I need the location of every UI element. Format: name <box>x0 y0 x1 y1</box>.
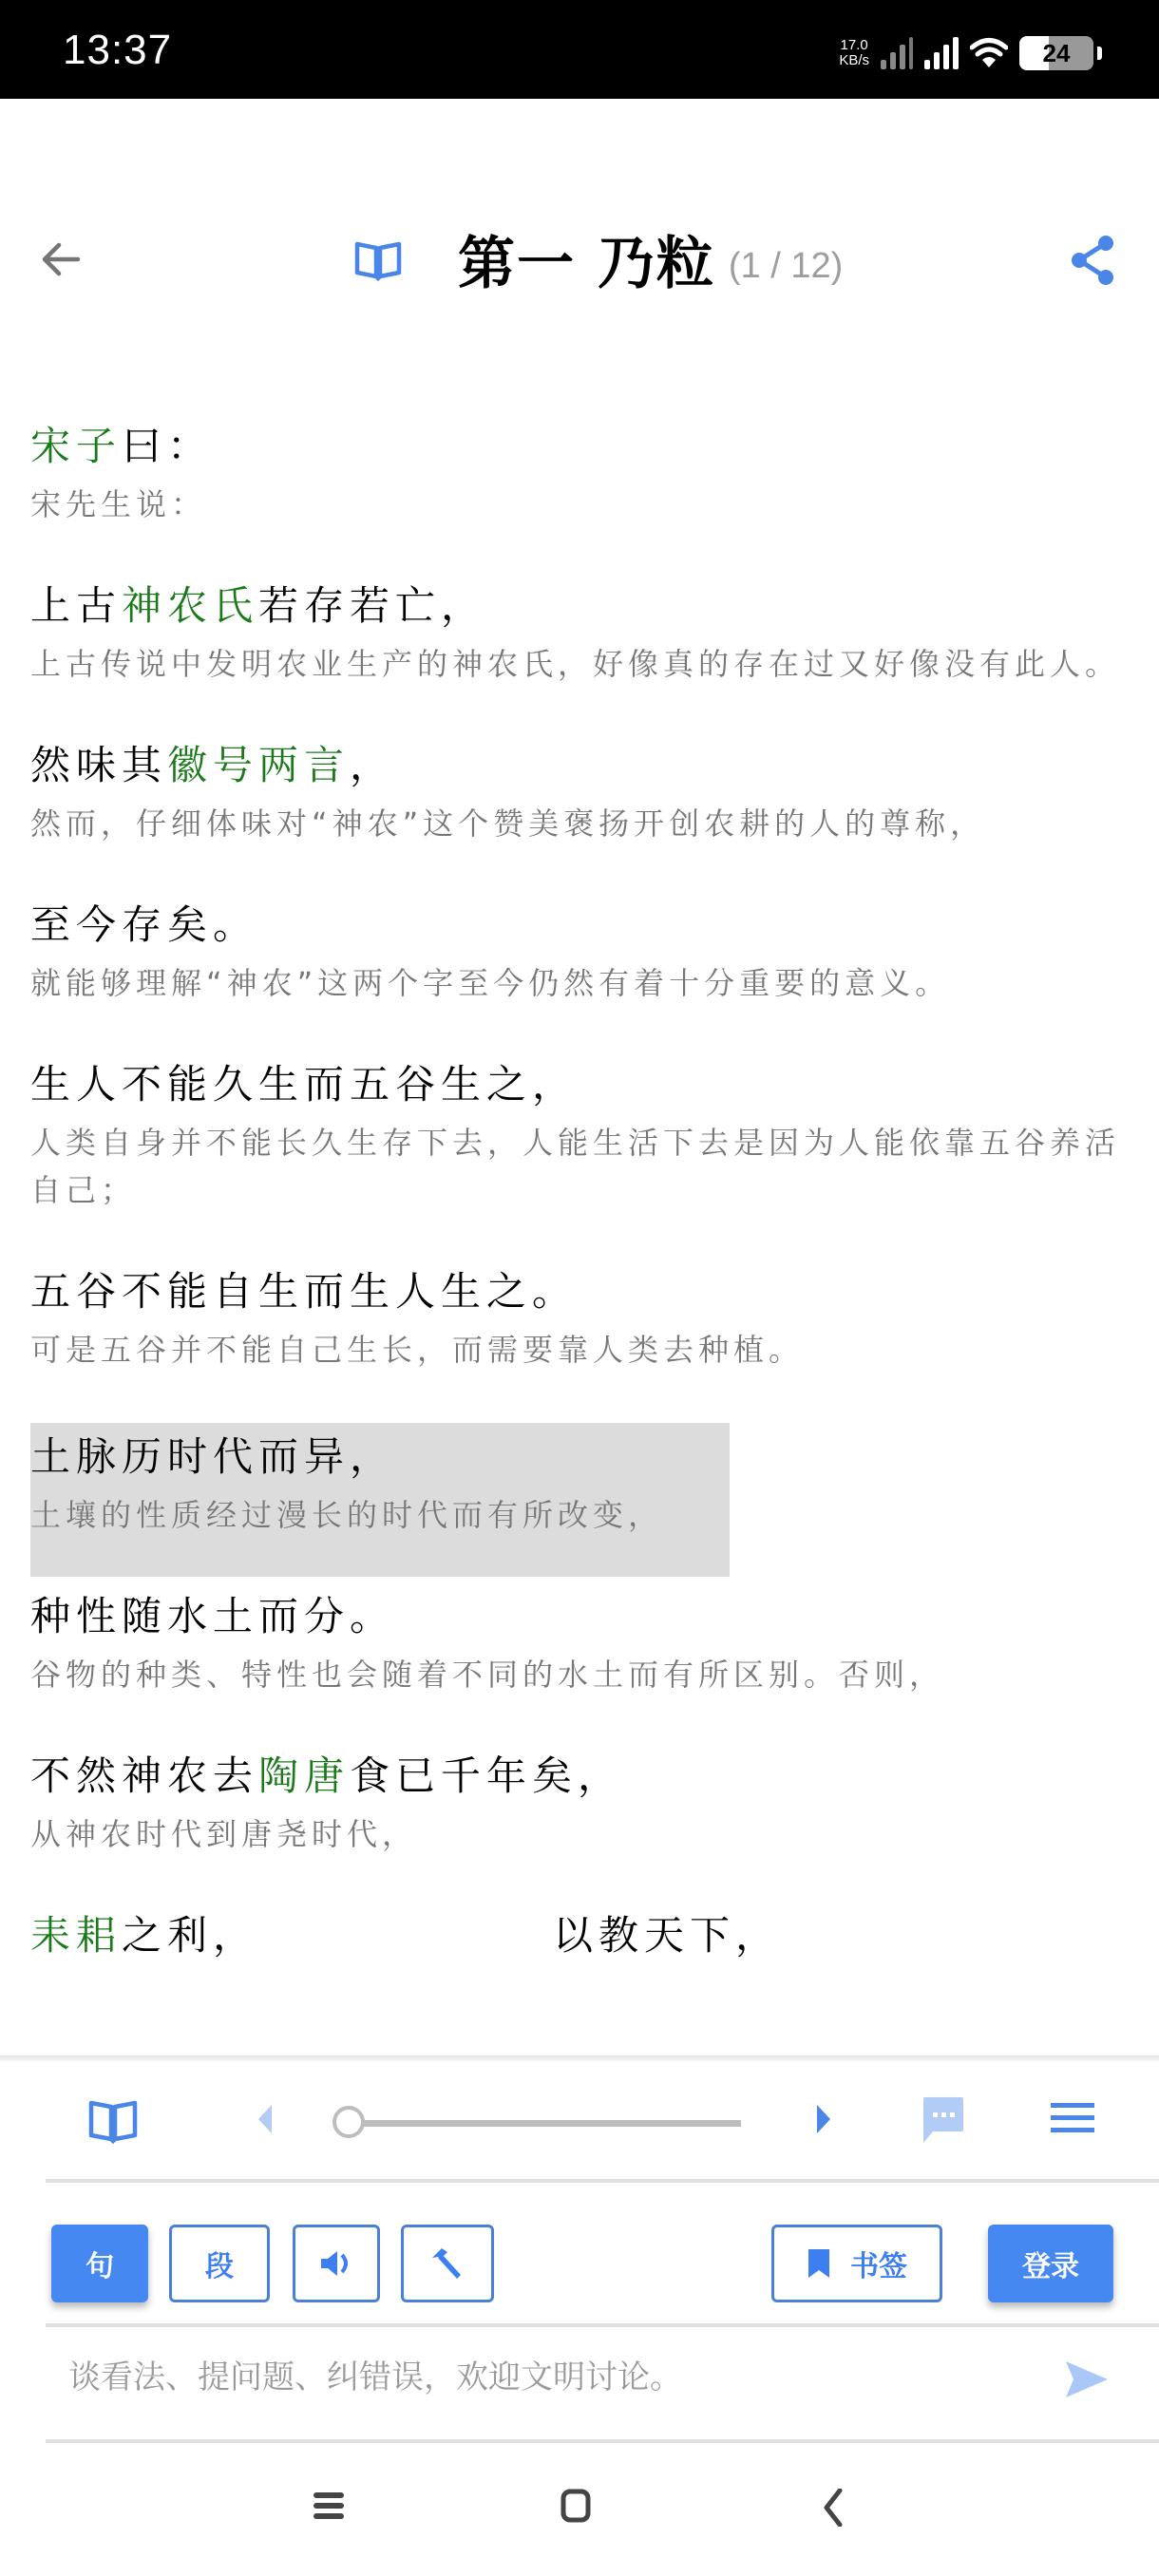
verse[interactable]: 然味其徽号两言， 然而，仔细体味对“神农”这个赞美褒扬开创农耕的人的尊称， <box>0 737 1159 847</box>
translation-text: 宋先生说： <box>30 481 1159 528</box>
original-text: 耒耜之利，以教天下， <box>30 1907 1159 1964</box>
status-time: 13:37 <box>63 27 172 74</box>
verse[interactable]: 五谷不能自生而生人生之。 可是五谷并不能自己生长，而需要靠人类去种植。 <box>0 1263 1159 1373</box>
verse-selected[interactable]: 土脉历时代而异， 土壤的性质经过漫长的时代而有所改变， <box>30 1423 730 1577</box>
wifi-icon <box>970 37 1008 69</box>
original-text: 五谷不能自生而生人生之。 <box>30 1263 1159 1320</box>
translation-text: 可是五谷并不能自己生长，而需要靠人类去种植。 <box>30 1326 1159 1373</box>
triangle-right-icon[interactable] <box>815 2103 832 2135</box>
battery-icon: 24 <box>1019 36 1093 70</box>
annotated-term[interactable]: 耒耜 <box>30 1907 122 1964</box>
audio-button[interactable] <box>293 2225 380 2302</box>
translation-text: 土壤的性质经过漫长的时代而有所改变， <box>30 1491 730 1539</box>
paragraph-mode-button[interactable]: 段 <box>169 2225 270 2302</box>
share-icon[interactable] <box>1064 232 1121 289</box>
recent-apps-icon[interactable] <box>312 2489 346 2523</box>
signal-sim2-icon <box>924 37 959 69</box>
annotated-term[interactable]: 徽号两言 <box>167 742 350 788</box>
divider <box>46 2439 1159 2443</box>
original-text: 然味其徽号两言， <box>30 737 1159 794</box>
triangle-left-icon[interactable] <box>256 2103 274 2135</box>
verse[interactable]: 上古神农氏若存若亡， 上古传说中发明农业生产的神农氏，好像真的存在过又好像没有此… <box>0 578 1159 688</box>
verse[interactable]: 至今存矣。 就能够理解“神农”这两个字至今仍然有着十分重要的意义。 <box>0 897 1159 1007</box>
network-speed: 17.0 KB/s <box>839 38 869 68</box>
page-indicator: (1 / 12) <box>729 246 843 287</box>
slider-thumb[interactable] <box>332 2106 365 2138</box>
bookmark-icon <box>807 2247 831 2280</box>
tools-button[interactable] <box>401 2225 494 2302</box>
chat-bubble-icon[interactable] <box>921 2095 965 2145</box>
hamburger-menu-icon[interactable] <box>1051 2101 1094 2135</box>
translation-text: 就能够理解“神农”这两个字至今仍然有着十分重要的意义。 <box>30 959 1159 1007</box>
original-text: 上古神农氏若存若亡， <box>30 578 1159 635</box>
open-book-icon[interactable] <box>351 233 405 286</box>
annotated-term[interactable]: 神农氏 <box>122 582 258 629</box>
reading-content[interactable]: 宋子曰： 宋先生说： 上古神农氏若存若亡， 上古传说中发明农业生产的神农氏，好像… <box>0 418 1159 2055</box>
system-navigation-bar <box>0 2449 1159 2576</box>
annotated-term[interactable]: 宋子 <box>30 423 122 469</box>
action-buttons: 句 段 书签 登录 <box>0 2192 1159 2325</box>
page-title: 第一 乃粒 <box>458 218 715 300</box>
comment-bar <box>0 2316 1159 2439</box>
open-book-icon[interactable] <box>87 2097 139 2145</box>
translation-text: 谷物的种类、特性也会随着不同的水土而有所区别。否则， <box>30 1651 1159 1698</box>
header: 第一 乃粒 (1 / 12) <box>0 190 1159 332</box>
send-icon[interactable] <box>1064 2359 1110 2399</box>
verse[interactable]: 种性随水土而分。 谷物的种类、特性也会随着不同的水土而有所区别。否则， <box>0 1588 1159 1698</box>
bookmark-button[interactable]: 书签 <box>771 2225 942 2302</box>
verse[interactable]: 生人不能久生而五谷生之， 人类自身并不能长久生存下去，人能生活下去是因为人能依靠… <box>0 1056 1159 1214</box>
login-button[interactable]: 登录 <box>988 2225 1113 2302</box>
home-icon[interactable] <box>560 2489 591 2523</box>
chapter-slider[interactable] <box>332 2103 741 2141</box>
arrow-left-icon[interactable] <box>36 234 87 285</box>
hammer-icon <box>428 2245 466 2282</box>
translation-text: 人类自身并不能长久生存下去，人能生活下去是因为人能依靠五谷养活自己； <box>30 1119 1159 1214</box>
original-text: 土脉历时代而异， <box>30 1423 730 1486</box>
original-text: 宋子曰： <box>30 418 1159 475</box>
status-bar: 13:37 17.0 KB/s 24 <box>0 0 1159 99</box>
original-text: 生人不能久生而五谷生之， <box>30 1056 1159 1113</box>
divider <box>46 2179 1159 2183</box>
signal-sim1-icon <box>881 37 913 69</box>
verse[interactable]: 不然神农去陶唐食已千年矣， 从神农时代到唐尧时代， <box>0 1748 1159 1858</box>
status-icons: 17.0 KB/s 24 <box>839 32 1102 74</box>
comment-input[interactable] <box>68 2344 1018 2411</box>
annotated-term[interactable]: 陶唐 <box>258 1752 350 1799</box>
chapter-navigation <box>0 2061 1159 2179</box>
original-text: 种性随水土而分。 <box>30 1588 1159 1645</box>
speaker-icon <box>319 2249 353 2278</box>
sentence-mode-button[interactable]: 句 <box>51 2225 148 2302</box>
bottom-toolbar: 句 段 书签 登录 <box>0 2055 1159 2576</box>
translation-text: 上古传说中发明农业生产的神农氏，好像真的存在过又好像没有此人。 <box>30 640 1159 688</box>
title-area: 第一 乃粒 (1 / 12) <box>351 218 843 300</box>
original-text: 至今存矣。 <box>30 897 1159 954</box>
verse[interactable]: 耒耜之利，以教天下， <box>0 1907 1159 1964</box>
translation-text: 然而，仔细体味对“神农”这个赞美褒扬开创农耕的人的尊称， <box>30 800 1159 847</box>
original-text: 不然神农去陶唐食已千年矣， <box>30 1748 1159 1805</box>
back-chevron-icon[interactable] <box>823 2489 844 2527</box>
verse[interactable]: 宋子曰： 宋先生说： <box>0 418 1159 528</box>
translation-text: 从神农时代到唐尧时代， <box>30 1810 1159 1858</box>
